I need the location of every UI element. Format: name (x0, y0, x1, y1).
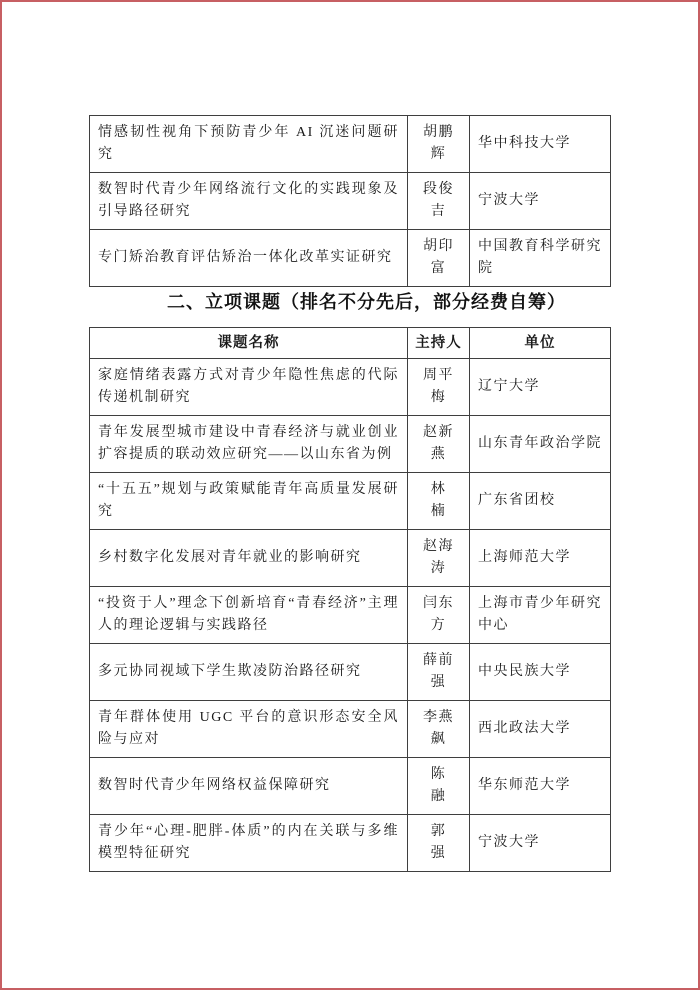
org-cell: 中国教育科学研究院 (470, 230, 611, 287)
table-row: “投资于人”理念下创新培育“青春经济”主理人的理论逻辑与实践路径 闫东方 上海市… (90, 587, 611, 644)
leader-cell: 胡印富 (408, 230, 470, 287)
header-project-title: 课题名称 (90, 328, 408, 359)
org-cell: 辽宁大学 (470, 359, 611, 416)
leader-cell: 陈 融 (408, 758, 470, 815)
project-title-cell: “十五五”规划与政策赋能青年高质量发展研究 (90, 473, 408, 530)
org-cell: 华中科技大学 (470, 116, 611, 173)
leader-cell: 周平梅 (408, 359, 470, 416)
project-title-cell: 情感韧性视角下预防青少年 AI 沉迷问题研究 (90, 116, 408, 173)
table-row: 数智时代青少年网络流行文化的实践现象及引导路径研究 段俊吉 宁波大学 (90, 173, 611, 230)
project-title-cell: 专门矫治教育评估矫治一体化改革实证研究 (90, 230, 408, 287)
org-cell: 中央民族大学 (470, 644, 611, 701)
leader-cell: 胡鹏辉 (408, 116, 470, 173)
leader-cell: 郭 强 (408, 815, 470, 872)
project-title-cell: 数智时代青少年网络权益保障研究 (90, 758, 408, 815)
leader-cell: 闫东方 (408, 587, 470, 644)
org-cell: 西北政法大学 (470, 701, 611, 758)
org-cell: 山东青年政治学院 (470, 416, 611, 473)
section-heading: 二、立项课题（排名不分先后，部分经费自筹） (89, 288, 649, 314)
leader-cell: 赵新燕 (408, 416, 470, 473)
org-cell: 宁波大学 (470, 173, 611, 230)
table-row: 青年群体使用 UGC 平台的意识形态安全风险与应对 李燕飙 西北政法大学 (90, 701, 611, 758)
table-row: 家庭情绪表露方式对青少年隐性焦虑的代际传递机制研究 周平梅 辽宁大学 (90, 359, 611, 416)
project-title-cell: “投资于人”理念下创新培育“青春经济”主理人的理论逻辑与实践路径 (90, 587, 408, 644)
project-title-cell: 青少年“心理-肥胖-体质”的内在关联与多维模型特征研究 (90, 815, 408, 872)
leader-cell: 林 楠 (408, 473, 470, 530)
org-cell: 上海市青少年研究中心 (470, 587, 611, 644)
project-title-cell: 乡村数字化发展对青年就业的影响研究 (90, 530, 408, 587)
project-title-cell: 多元协同视域下学生欺凌防治路径研究 (90, 644, 408, 701)
leader-cell: 薛前强 (408, 644, 470, 701)
table-row: 青年发展型城市建设中青春经济与就业创业扩容提质的联动效应研究——以山东省为例 赵… (90, 416, 611, 473)
table-row: “十五五”规划与政策赋能青年高质量发展研究 林 楠 广东省团校 (90, 473, 611, 530)
org-cell: 华东师范大学 (470, 758, 611, 815)
table-row: 情感韧性视角下预防青少年 AI 沉迷问题研究 胡鹏辉 华中科技大学 (90, 116, 611, 173)
org-cell: 宁波大学 (470, 815, 611, 872)
carryover-projects-table: 情感韧性视角下预防青少年 AI 沉迷问题研究 胡鹏辉 华中科技大学 数智时代青少… (89, 115, 611, 287)
leader-cell: 赵海涛 (408, 530, 470, 587)
org-cell: 上海师范大学 (470, 530, 611, 587)
table-row: 青少年“心理-肥胖-体质”的内在关联与多维模型特征研究 郭 强 宁波大学 (90, 815, 611, 872)
leader-cell: 李燕飙 (408, 701, 470, 758)
table-header-row: 课题名称 主持人 单位 (90, 328, 611, 359)
leader-cell: 段俊吉 (408, 173, 470, 230)
project-title-cell: 家庭情绪表露方式对青少年隐性焦虑的代际传递机制研究 (90, 359, 408, 416)
header-leader: 主持人 (408, 328, 470, 359)
table-row: 数智时代青少年网络权益保障研究 陈 融 华东师范大学 (90, 758, 611, 815)
project-title-cell: 青年发展型城市建设中青春经济与就业创业扩容提质的联动效应研究——以山东省为例 (90, 416, 408, 473)
org-cell: 广东省团校 (470, 473, 611, 530)
table-row: 多元协同视域下学生欺凌防治路径研究 薛前强 中央民族大学 (90, 644, 611, 701)
approved-projects-table: 课题名称 主持人 单位 家庭情绪表露方式对青少年隐性焦虑的代际传递机制研究 周平… (89, 327, 611, 872)
project-title-cell: 青年群体使用 UGC 平台的意识形态安全风险与应对 (90, 701, 408, 758)
table-row: 乡村数字化发展对青年就业的影响研究 赵海涛 上海师范大学 (90, 530, 611, 587)
project-title-cell: 数智时代青少年网络流行文化的实践现象及引导路径研究 (90, 173, 408, 230)
document-page: 情感韧性视角下预防青少年 AI 沉迷问题研究 胡鹏辉 华中科技大学 数智时代青少… (0, 0, 700, 990)
table-row: 专门矫治教育评估矫治一体化改革实证研究 胡印富 中国教育科学研究院 (90, 230, 611, 287)
header-org: 单位 (470, 328, 611, 359)
